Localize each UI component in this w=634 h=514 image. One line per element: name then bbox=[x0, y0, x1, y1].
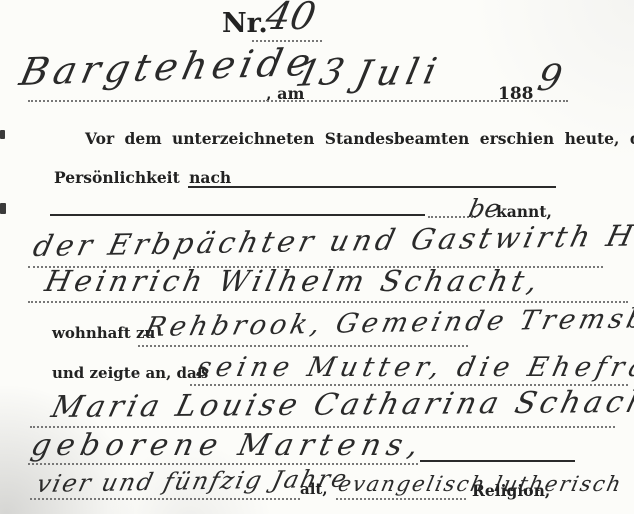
scan-edge-artifact bbox=[0, 203, 6, 214]
age-label: alt, bbox=[300, 480, 328, 498]
registry-form-scan: Nr. 40 Bargteheide , am 13 Juli 188 9 Vo… bbox=[0, 0, 634, 514]
scan-edge-artifact bbox=[0, 130, 5, 139]
known-printed: kannt, bbox=[496, 202, 552, 221]
subject-name-written: Maria Louise Catharina Schacht bbox=[48, 385, 634, 425]
personality-blank-rule bbox=[188, 186, 556, 188]
age-rule bbox=[30, 498, 300, 500]
form-number-value: 40 bbox=[262, 0, 320, 38]
subject-birthname-rule bbox=[28, 463, 418, 465]
intro-line: Vor dem unterzeichneten Standesbeamten e… bbox=[85, 129, 634, 148]
year-written: 9 bbox=[534, 58, 566, 99]
religion-rule bbox=[336, 498, 466, 500]
subject-birthname-blank-rule bbox=[420, 460, 575, 462]
place-date-rule bbox=[28, 100, 568, 102]
form-number-label: Nr. bbox=[222, 8, 268, 39]
declarant-line1-written: der Erbpächter und Gastwirth Hans bbox=[30, 217, 634, 263]
declarant-line2-rule bbox=[28, 301, 628, 303]
subject-birthname-written: geborene Martens, bbox=[28, 428, 427, 463]
personality-label: Persönlichkeit nach bbox=[54, 168, 231, 187]
residence-written: Rehbrook, Gemeinde Tremsbüttel bbox=[142, 302, 634, 343]
report-written: seine Mutter, die Ehefrau bbox=[194, 352, 634, 383]
report-label: und zeigte an, daß bbox=[52, 364, 208, 382]
month-written: Juli bbox=[352, 51, 446, 95]
residence-rule bbox=[138, 345, 468, 347]
declarant-line2-written: Heinrich Wilhelm Schacht, bbox=[42, 264, 544, 298]
residence-label: wohnhaft zu bbox=[52, 324, 155, 342]
religion-label: Religion, bbox=[472, 481, 550, 500]
known-blank-rule bbox=[50, 214, 425, 216]
day-written: 13 bbox=[292, 52, 348, 95]
